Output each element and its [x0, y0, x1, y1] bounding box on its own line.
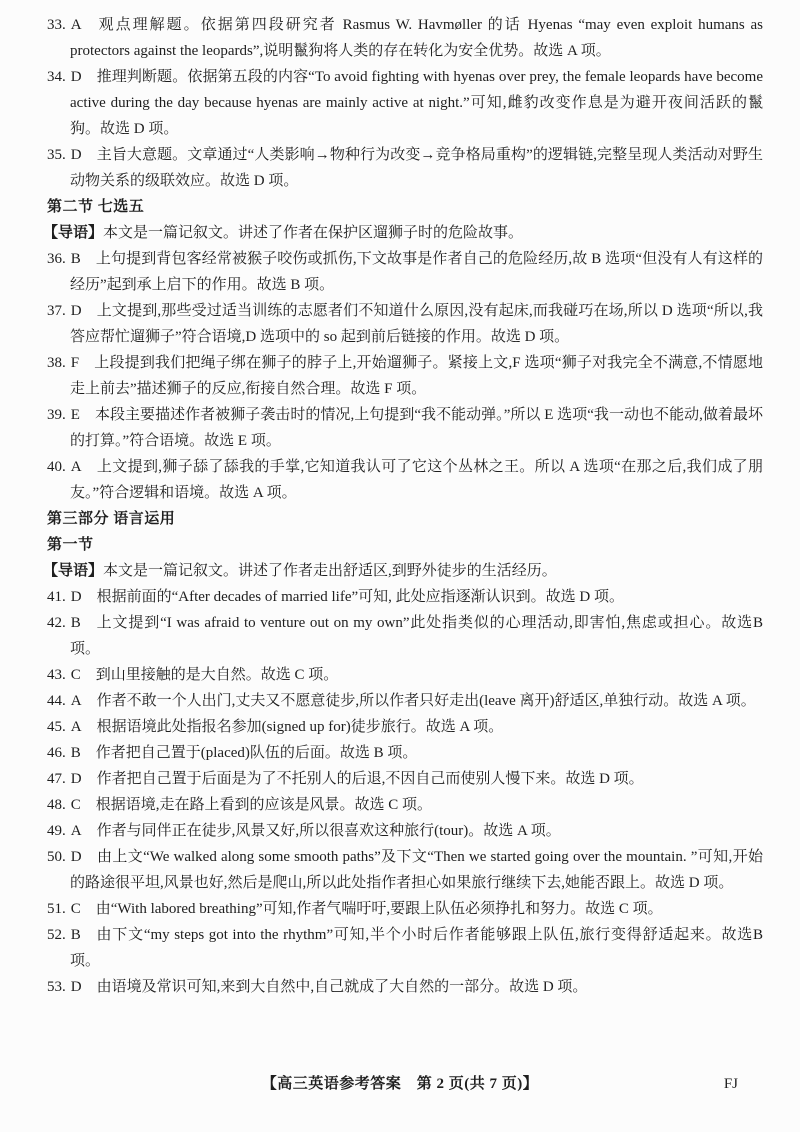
question-number: 34.	[47, 69, 66, 85]
question-number: 50.	[47, 849, 66, 865]
answer-item-40: 40.A上文提到,狮子舔了舔我的手掌,它知道我认可了它这个丛林之王。所以 A 选…	[47, 454, 763, 506]
explanation-text: 由“With labored breathing”可知,作者气喘吁吁,要跟上队伍…	[96, 901, 663, 917]
answer-item-51: 51.C由“With labored breathing”可知,作者气喘吁吁,要…	[47, 896, 763, 922]
question-number: 42.	[47, 615, 66, 631]
question-number: 37.	[47, 303, 66, 319]
explanation-text: 到山里接触的是大自然。故选 C 项。	[96, 667, 339, 683]
answer-letter: D	[71, 147, 82, 163]
answer-item-38: 38.F上段提到我们把绳子绑在狮子的脖子上,开始遛狮子。紧接上文,F 选项“狮子…	[47, 350, 763, 402]
answer-letter: A	[71, 459, 82, 475]
question-number: 45.	[47, 719, 66, 735]
explanation-text: 根据语境此处指报名参加(signed up for)徒步旅行。故选 A 项。	[97, 719, 504, 735]
answer-item-45: 45.A根据语境此处指报名参加(signed up for)徒步旅行。故选 A …	[47, 714, 763, 740]
answer-item-53: 53.D由语境及常识可知,来到大自然中,自己就成了大自然的一部分。故选 D 项。	[47, 974, 763, 1000]
intro-line: 【导语】本文是一篇记叙文。讲述了作者走出舒适区,到野外徒步的生活经历。	[43, 558, 763, 584]
question-number: 40.	[47, 459, 66, 475]
question-number: 46.	[47, 745, 66, 761]
explanation-text: 作者把自己置于(placed)队伍的后面。故选 B 项。	[96, 745, 418, 761]
section-heading: 第二节 七选五	[47, 194, 763, 220]
answer-letter: D	[71, 589, 82, 605]
question-number: 39.	[47, 407, 66, 423]
question-number: 48.	[47, 797, 66, 813]
question-number: 33.	[47, 17, 66, 33]
question-number: 52.	[47, 927, 66, 943]
explanation-text: 由下文“my steps got into the rhythm”可知,半个小时…	[70, 927, 763, 969]
explanation-text: 主旨大意题。文章通过“人类影响→物种行为改变→竞争格局重构”的逻辑链,完整呈现人…	[70, 147, 763, 189]
answer-item-44: 44.A作者不敢一个人出门,丈夫又不愿意徒步,所以作者只好走出(leave 离开…	[47, 688, 763, 714]
answer-letter: D	[71, 303, 82, 319]
answer-letter: C	[71, 797, 81, 813]
intro-text: 本文是一篇记叙文。讲述了作者走出舒适区,到野外徒步的生活经历。	[103, 563, 557, 579]
answer-letter: A	[71, 719, 82, 735]
explanation-text: 本段主要描述作者被狮子袭击时的情况,上句提到“我不能动弹。”所以 E 选项“我一…	[70, 407, 763, 449]
explanation-text: 作者把自己置于后面是为了不托别人的后退,不因自己而使别人慢下来。故选 D 项。	[97, 771, 644, 787]
answer-item-34: 34.D推理判断题。依据第五段的内容“To avoid fighting wit…	[47, 64, 763, 142]
answer-item-43: 43.C到山里接触的是大自然。故选 C 项。	[47, 662, 763, 688]
answer-letter: D	[71, 69, 82, 85]
answer-item-36: 36.B上句提到背包客经常被猴子咬伤或抓伤,下文故事是作者自己的危险经历,故 B…	[47, 246, 763, 298]
intro-line: 【导语】本文是一篇记叙文。讲述了作者在保护区遛狮子时的危险故事。	[43, 220, 763, 246]
question-number: 43.	[47, 667, 66, 683]
answer-letter: D	[71, 979, 82, 995]
intro-text: 本文是一篇记叙文。讲述了作者在保护区遛狮子时的危险故事。	[103, 225, 523, 241]
explanation-text: 根据语境,走在路上看到的应该是风景。故选 C 项。	[96, 797, 432, 813]
explanation-text: 上句提到背包客经常被猴子咬伤或抓伤,下文故事是作者自己的危险经历,故 B 选项“…	[70, 251, 763, 293]
explanation-text: 上文提到,狮子舔了舔我的手掌,它知道我认可了它这个丛林之王。所以 A 选项“在那…	[70, 459, 763, 501]
answer-key-page: 33.A观点理解题。依据第四段研究者 Rasmus W. Havmøller 的…	[0, 0, 800, 1132]
answer-item-42: 42.B上文提到“I was afraid to venture out on …	[47, 610, 763, 662]
answer-letter: A	[71, 17, 82, 33]
question-number: 53.	[47, 979, 66, 995]
section-heading: 第一节	[47, 532, 763, 558]
answer-letter: D	[71, 771, 82, 787]
answer-letter: B	[71, 745, 81, 761]
answer-list: 33.A观点理解题。依据第四段研究者 Rasmus W. Havmøller 的…	[47, 12, 763, 1000]
question-number: 38.	[47, 355, 66, 371]
question-number: 36.	[47, 251, 66, 267]
question-number: 47.	[47, 771, 66, 787]
answer-letter: F	[71, 355, 79, 371]
intro-label: 【导语】	[43, 563, 103, 579]
question-number: 49.	[47, 823, 66, 839]
footer-page-label: 【高三英语参考答案 第 2 页(共 7 页)】	[0, 1071, 800, 1097]
question-number: 35.	[47, 147, 66, 163]
answer-item-41: 41.D根据前面的“After decades of married life”…	[47, 584, 763, 610]
answer-item-47: 47.D作者把自己置于后面是为了不托别人的后退,不因自己而使别人慢下来。故选 D…	[47, 766, 763, 792]
question-number: 41.	[47, 589, 66, 605]
answer-letter: E	[71, 407, 80, 423]
answer-letter: A	[71, 823, 82, 839]
explanation-text: 观点理解题。依据第四段研究者 Rasmus W. Havmøller 的话 Hy…	[70, 17, 763, 59]
answer-item-49: 49.A作者与同伴正在徒步,风景又好,所以很喜欢这种旅行(tour)。故选 A …	[47, 818, 763, 844]
answer-item-52: 52.B由下文“my steps got into the rhythm”可知,…	[47, 922, 763, 974]
section-heading: 第三部分 语言运用	[47, 506, 763, 532]
answer-item-50: 50.D由上文“We walked along some smooth path…	[47, 844, 763, 896]
answer-item-46: 46.B作者把自己置于(placed)队伍的后面。故选 B 项。	[47, 740, 763, 766]
explanation-text: 作者与同伴正在徒步,风景又好,所以很喜欢这种旅行(tour)。故选 A 项。	[97, 823, 561, 839]
answer-item-37: 37.D上文提到,那些受过适当训练的志愿者们不知道什么原因,没有起床,而我碰巧在…	[47, 298, 763, 350]
answer-letter: A	[71, 693, 82, 709]
explanation-text: 上段提到我们把绳子绑在狮子的脖子上,开始遛狮子。紧接上文,F 选项“狮子对我完全…	[70, 355, 763, 397]
intro-label: 【导语】	[43, 225, 103, 241]
question-number: 51.	[47, 901, 66, 917]
answer-letter: B	[71, 615, 81, 631]
explanation-text: 推理判断题。依据第五段的内容“To avoid fighting with hy…	[70, 69, 763, 137]
answer-letter: D	[71, 849, 82, 865]
answer-letter: B	[71, 927, 81, 943]
answer-letter: C	[71, 901, 81, 917]
explanation-text: 根据前面的“After decades of married life”可知, …	[97, 589, 624, 605]
explanation-text: 作者不敢一个人出门,丈夫又不愿意徒步,所以作者只好走出(leave 离开)舒适区…	[97, 693, 756, 709]
explanation-text: 由语境及常识可知,来到大自然中,自己就成了大自然的一部分。故选 D 项。	[97, 979, 588, 995]
page-footer: 【高三英语参考答案 第 2 页(共 7 页)】 FJ	[0, 1071, 800, 1097]
footer-code: FJ	[724, 1071, 738, 1097]
answer-item-33: 33.A观点理解题。依据第四段研究者 Rasmus W. Havmøller 的…	[47, 12, 763, 64]
answer-letter: C	[71, 667, 81, 683]
question-number: 44.	[47, 693, 66, 709]
explanation-text: 上文提到“I was afraid to venture out on my o…	[70, 615, 763, 657]
answer-item-35: 35.D主旨大意题。文章通过“人类影响→物种行为改变→竞争格局重构”的逻辑链,完…	[47, 142, 763, 194]
answer-item-39: 39.E本段主要描述作者被狮子袭击时的情况,上句提到“我不能动弹。”所以 E 选…	[47, 402, 763, 454]
explanation-text: 由上文“We walked along some smooth paths”及下…	[70, 849, 763, 891]
answer-item-48: 48.C根据语境,走在路上看到的应该是风景。故选 C 项。	[47, 792, 763, 818]
explanation-text: 上文提到,那些受过适当训练的志愿者们不知道什么原因,没有起床,而我碰巧在场,所以…	[70, 303, 763, 345]
answer-letter: B	[71, 251, 81, 267]
